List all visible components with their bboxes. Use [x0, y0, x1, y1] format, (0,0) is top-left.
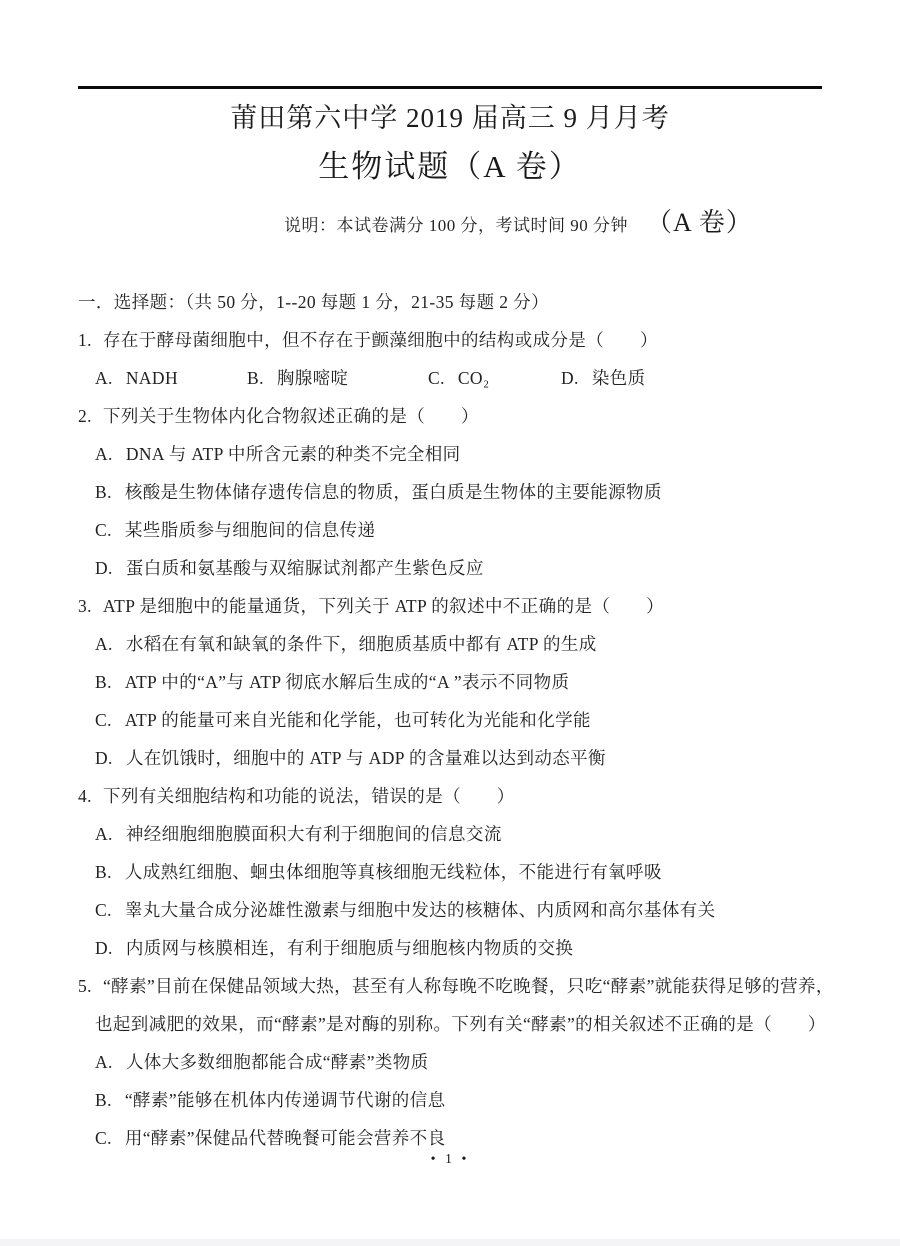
option-text: 水稻在有氧和缺氧的条件下，细胞质基质中都有 ATP 的生成 — [126, 634, 597, 654]
option-d: D.蛋白质和氨基酸与双缩脲试剂都产生紫色反应 — [78, 549, 864, 587]
option-label: A. — [95, 815, 113, 853]
page-number: • 1 • — [0, 1152, 900, 1168]
question-stem-text: 下列关于生物体内化合物叙述正确的是（ ） — [103, 406, 479, 426]
option-b: B.ATP 中的“A”与 ATP 彻底水解后生成的“A ”表示不同物质 — [78, 663, 864, 701]
option-text: 内质网与核膜相连，有利于细胞质与细胞核内物质的交换 — [126, 938, 574, 958]
section-title: 一．选择题：（共 50 分，1--20 每题 1 分，21-35 每题 2 分） — [78, 283, 864, 321]
option-b: B.胸腺嘧啶 — [247, 359, 428, 397]
option-b: B.人成熟红细胞、蛔虫体细胞等真核细胞无线粒体，不能进行有氧呼吸 — [78, 853, 864, 891]
option-label: C. — [95, 701, 112, 739]
option-c: C.睾丸大量合成分泌雄性激素与细胞中发达的核糖体、内质网和高尔基体有关 — [78, 891, 864, 929]
option-d: D.染色质 — [561, 359, 864, 397]
option-label: C. — [95, 891, 112, 929]
option-b: B.“酵素”能够在机体内传递调节代谢的信息 — [78, 1081, 864, 1119]
option-text: 某些脂质参与细胞间的信息传递 — [125, 520, 376, 540]
question-1: 1.存在于酵母菌细胞中，但不存在于颤藻细胞中的结构或成分是（ ） A.NADH … — [78, 321, 864, 397]
question-5: 5.“酵素”目前在保健品领域大热，甚至有人称每晚不吃晚餐，只吃“酵素”就能获得足… — [78, 967, 864, 1157]
option-text: CO₂ — [458, 368, 490, 388]
option-text: 染色质 — [592, 368, 646, 388]
option-text: 核酸是生物体储存遗传信息的物质，蛋白质是生物体的主要能源物质 — [125, 482, 662, 502]
option-label: A. — [95, 435, 113, 473]
option-label: B. — [95, 853, 112, 891]
question-stem: 4.下列有关细胞结构和功能的说法，错误的是（ ） — [78, 777, 864, 815]
option-label: B. — [247, 359, 264, 397]
question-3: 3.ATP 是细胞中的能量通货，下列关于 ATP 的叙述中不正确的是（ ） A.… — [78, 587, 864, 777]
option-text: ATP 中的“A”与 ATP 彻底水解后生成的“A ”表示不同物质 — [125, 672, 570, 692]
option-a: A.NADH — [95, 359, 247, 397]
option-label: C. — [95, 511, 112, 549]
option-a: A.DNA 与 ATP 中所含元素的种类不完全相同 — [78, 435, 864, 473]
header-divider — [78, 86, 822, 89]
question-list: 一．选择题：（共 50 分，1--20 每题 1 分，21-35 每题 2 分）… — [78, 283, 864, 1157]
option-text: NADH — [126, 368, 178, 388]
option-label: A. — [95, 1043, 113, 1081]
question-stem-line-1: “酵素”目前在保健品领域大热，甚至有人称每晚不吃晚餐，只吃“酵素”就能获得足够的… — [103, 976, 834, 996]
exam-note-row: 说明：本试卷满分 100 分，考试时间 90 分钟 （A 卷） — [284, 202, 753, 239]
question-stem: 3.ATP 是细胞中的能量通货，下列关于 ATP 的叙述中不正确的是（ ） — [78, 587, 864, 625]
option-label: D. — [95, 549, 113, 587]
question-4: 4.下列有关细胞结构和功能的说法，错误的是（ ） A.神经细胞细胞膜面积大有利于… — [78, 777, 864, 967]
exam-paper-page: 莆田第六中学 2019 届高三 9 月月考 生物试题（A 卷） 说明：本试卷满分… — [0, 0, 900, 1246]
option-text: 蛋白质和氨基酸与双缩脲试剂都产生紫色反应 — [126, 558, 484, 578]
option-label: D. — [561, 359, 579, 397]
option-label: B. — [95, 473, 112, 511]
option-text: 睾丸大量合成分泌雄性激素与细胞中发达的核糖体、内质网和高尔基体有关 — [125, 900, 716, 920]
question-stem: 1.存在于酵母菌细胞中，但不存在于颤藻细胞中的结构或成分是（ ） — [78, 321, 864, 359]
option-text: ATP 的能量可来自光能和化学能，也可转化为光能和化学能 — [125, 710, 591, 730]
option-a: A.神经细胞细胞膜面积大有利于细胞间的信息交流 — [78, 815, 864, 853]
option-a: A.人体大多数细胞都能合成“酵素”类物质 — [78, 1043, 864, 1081]
option-text: DNA 与 ATP 中所含元素的种类不完全相同 — [126, 444, 461, 464]
question-number: 3. — [78, 587, 103, 625]
option-label: A. — [95, 625, 113, 663]
option-label: C. — [428, 359, 445, 397]
option-text: 胸腺嘧啶 — [277, 368, 349, 388]
paper-version-label: （A 卷） — [646, 202, 753, 239]
option-c: C.某些脂质参与细胞间的信息传递 — [78, 511, 864, 549]
option-text: 人体大多数细胞都能合成“酵素”类物质 — [126, 1052, 429, 1072]
option-text: 人在饥饿时，细胞中的 ATP 与 ADP 的含量难以达到动态平衡 — [126, 748, 606, 768]
option-text: 神经细胞细胞膜面积大有利于细胞间的信息交流 — [126, 824, 502, 844]
question-number: 4. — [78, 777, 103, 815]
question-stem: 5.“酵素”目前在保健品领域大热，甚至有人称每晚不吃晚餐，只吃“酵素”就能获得足… — [78, 967, 864, 1005]
option-c: C.CO₂ — [428, 359, 561, 397]
subject-title: 生物试题（A 卷） — [0, 141, 900, 186]
question-number: 5. — [78, 967, 103, 1005]
question-2: 2.下列关于生物体内化合物叙述正确的是（ ） A.DNA 与 ATP 中所含元素… — [78, 397, 864, 587]
question-stem-text: ATP 是细胞中的能量通货，下列关于 ATP 的叙述中不正确的是（ ） — [103, 596, 664, 616]
exam-note: 说明：本试卷满分 100 分，考试时间 90 分钟 — [284, 211, 628, 236]
option-d: D.内质网与核膜相连，有利于细胞质与细胞核内物质的交换 — [78, 929, 864, 967]
question-stem-text: 存在于酵母菌细胞中，但不存在于颤藻细胞中的结构或成分是（ ） — [103, 330, 658, 350]
option-b: B.核酸是生物体储存遗传信息的物质，蛋白质是生物体的主要能源物质 — [78, 473, 864, 511]
option-label: D. — [95, 739, 113, 777]
question-stem-continued: 也起到减肥的效果，而“酵素”是对酶的别称。下列有关“酵素”的相关叙述不正确的是（… — [78, 1005, 864, 1043]
option-row: A.NADH B.胸腺嘧啶 C.CO₂ D.染色质 — [78, 359, 864, 397]
question-number: 1. — [78, 321, 103, 359]
option-text: 人成熟红细胞、蛔虫体细胞等真核细胞无线粒体，不能进行有氧呼吸 — [125, 862, 662, 882]
option-text: 用“酵素”保健品代替晚餐可能会营养不良 — [125, 1128, 446, 1148]
page-title: 莆田第六中学 2019 届高三 9 月月考 — [0, 96, 900, 135]
option-a: A.水稻在有氧和缺氧的条件下，细胞质基质中都有 ATP 的生成 — [78, 625, 864, 663]
option-c: C.ATP 的能量可来自光能和化学能，也可转化为光能和化学能 — [78, 701, 864, 739]
question-stem-text: 下列有关细胞结构和功能的说法，错误的是（ ） — [103, 786, 515, 806]
option-label: B. — [95, 1081, 112, 1119]
question-number: 2. — [78, 397, 103, 435]
question-stem-line-2: 也起到减肥的效果，而“酵素”是对酶的别称。下列有关“酵素”的相关叙述不正确的是（… — [95, 1014, 826, 1034]
option-d: D.人在饥饿时，细胞中的 ATP 与 ADP 的含量难以达到动态平衡 — [78, 739, 864, 777]
question-stem: 2.下列关于生物体内化合物叙述正确的是（ ） — [78, 397, 864, 435]
option-label: B. — [95, 663, 112, 701]
scan-edge-shadow — [0, 1239, 900, 1246]
option-text: “酵素”能够在机体内传递调节代谢的信息 — [125, 1090, 446, 1110]
option-label: A. — [95, 359, 113, 397]
option-label: D. — [95, 929, 113, 967]
